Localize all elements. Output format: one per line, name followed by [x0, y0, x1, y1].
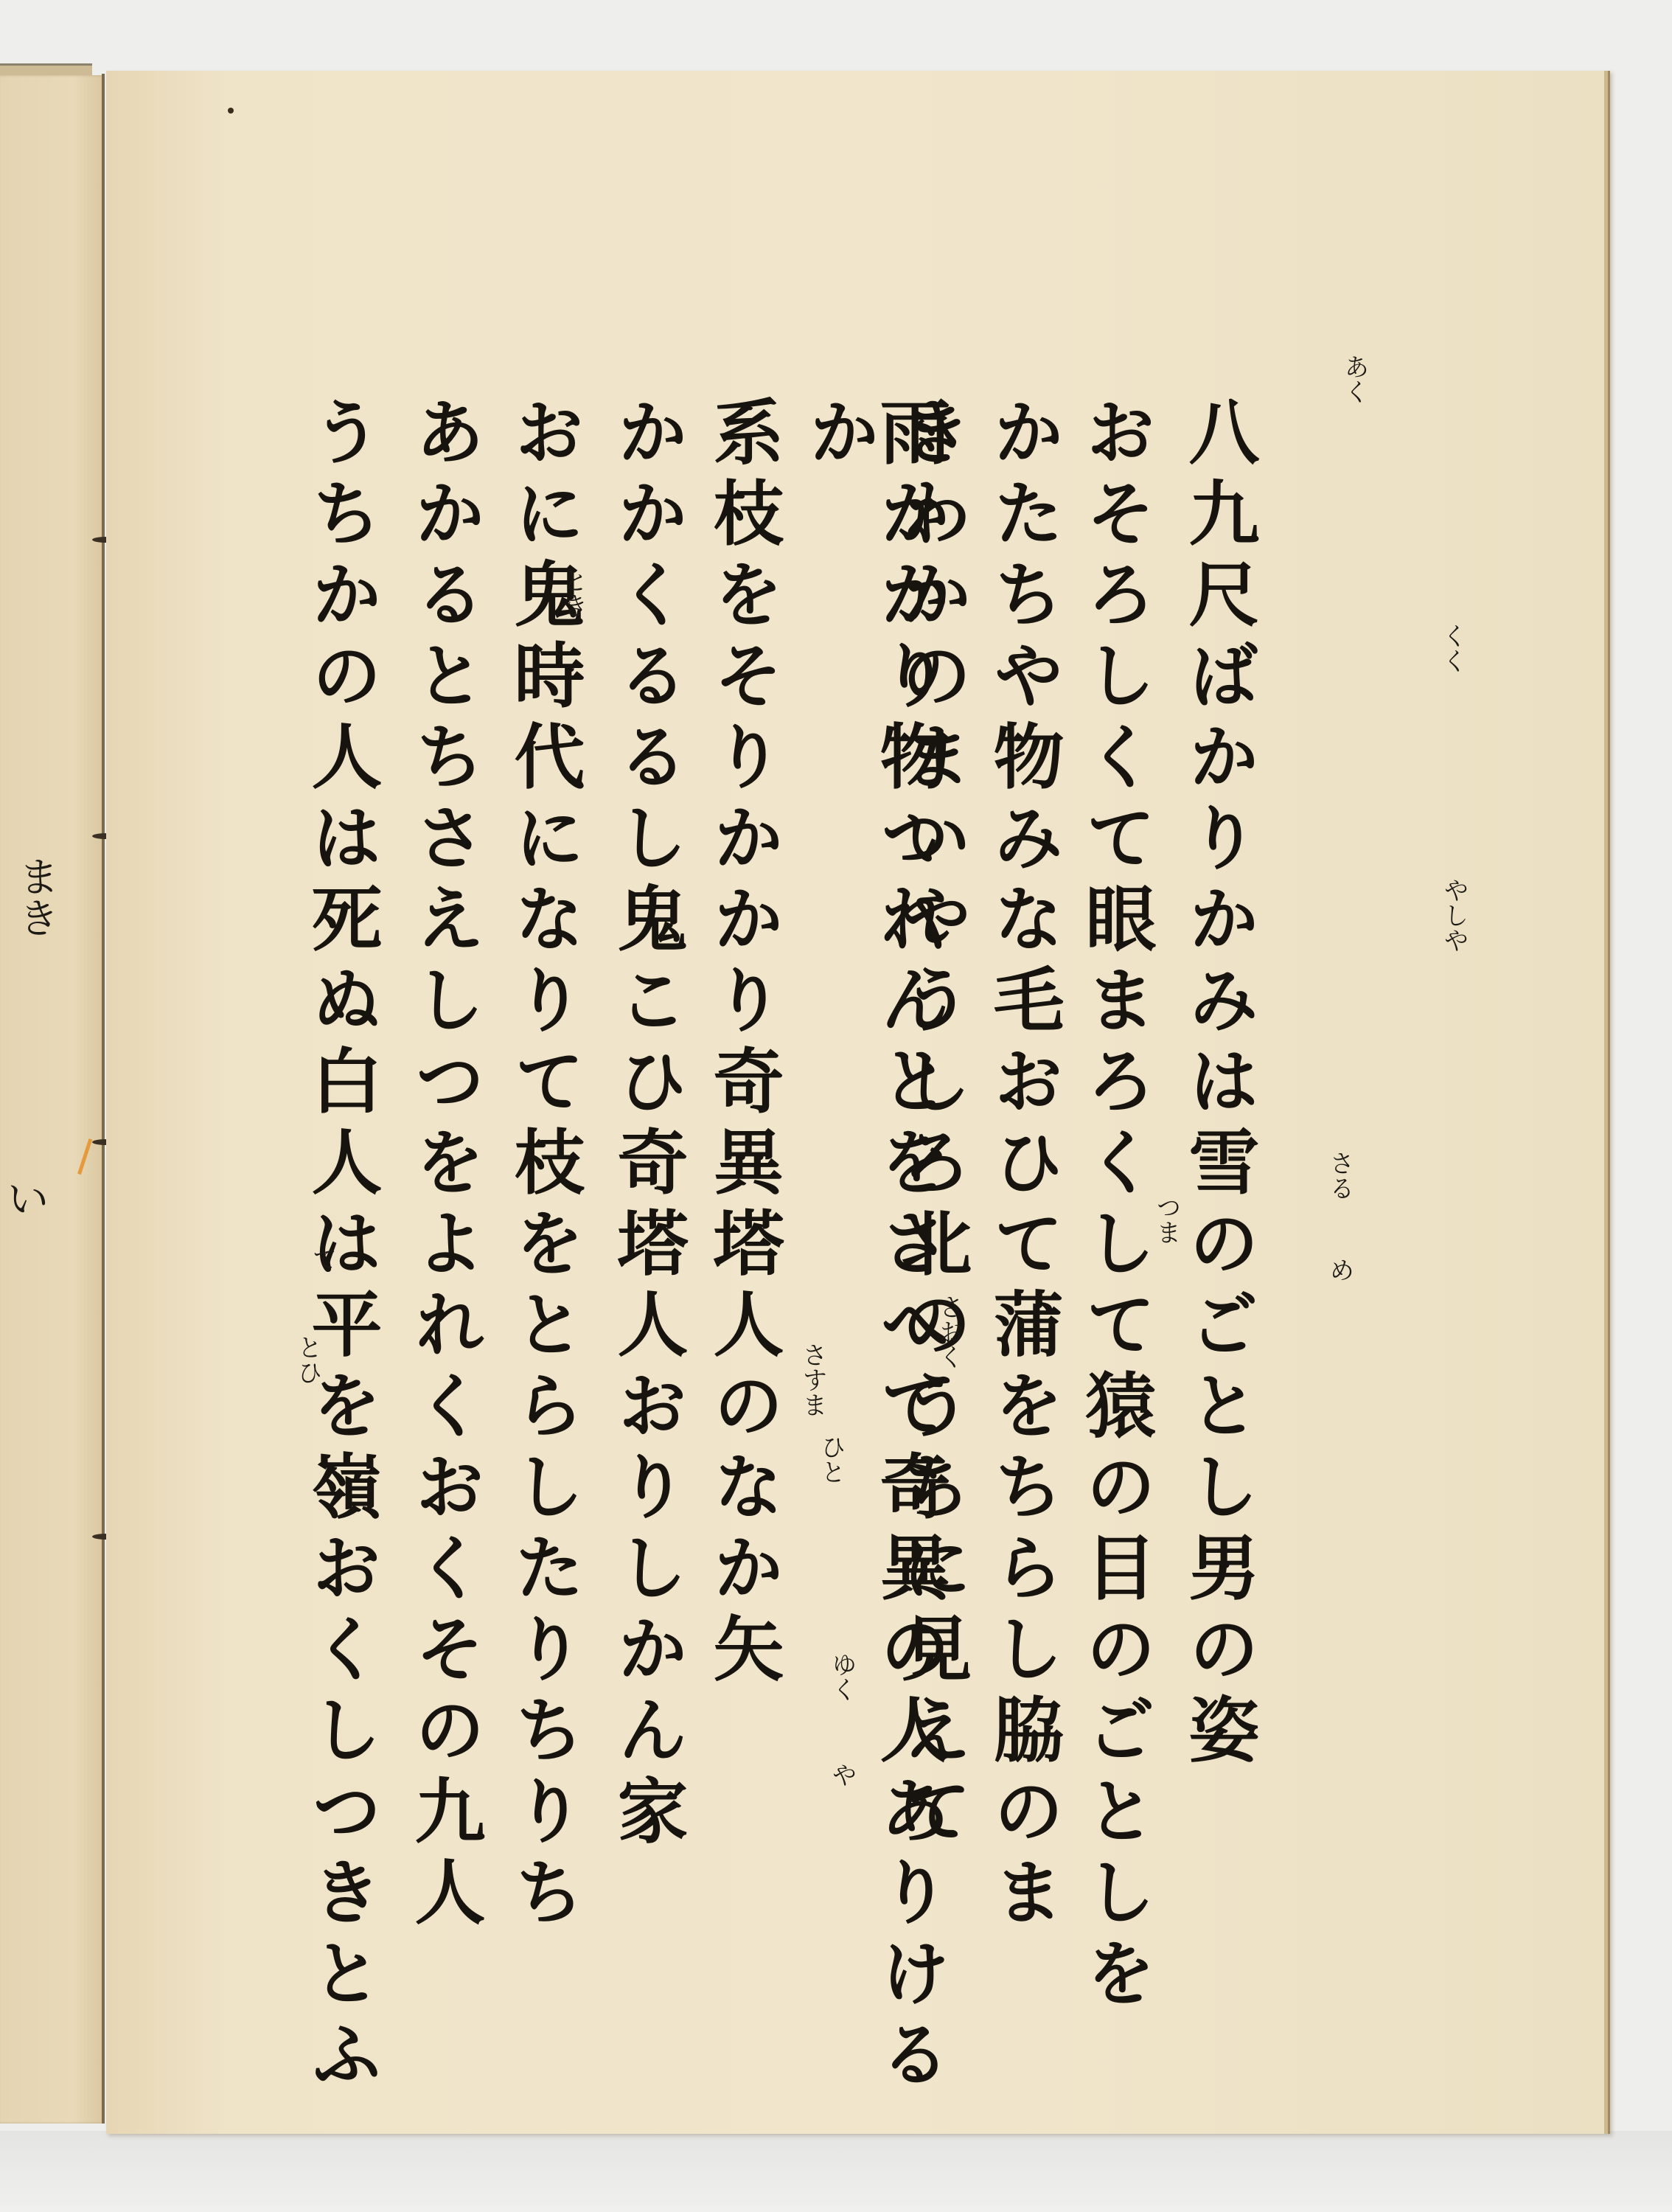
furigana: さすま: [800, 1342, 825, 1417]
furigana: やしや: [1441, 877, 1466, 953]
text-column: 雨かかり物つれんとをさへて奇異の人ありけるか: [804, 395, 945, 2134]
furigana: ひと: [818, 1434, 843, 1484]
furigana: とひ: [295, 1335, 320, 1385]
furigana: とき: [560, 568, 585, 618]
furigana: め: [1327, 1257, 1352, 1282]
furigana: つま: [1154, 1194, 1179, 1245]
furigana: あく: [1342, 354, 1367, 404]
text-column: おそろしくて眼まろくして猿の目のごとしを: [1080, 395, 1151, 2017]
text-column: かかくるるし鬼こひ奇塔人おりしかん家: [612, 395, 683, 1855]
text-column: 八九尺ばかりかみは雪のごとし男の姿: [1183, 395, 1254, 1774]
left-page: まき い: [0, 75, 105, 2124]
left-page-glyph: い: [7, 1180, 49, 1221]
background-surface: [0, 2131, 1672, 2212]
furigana: さおく: [936, 1294, 961, 1369]
text-column: 系枝をそりかかり奇異塔人のなか矢: [708, 395, 778, 1693]
gutter-fold: [102, 74, 105, 2124]
left-page-glyph: まき: [15, 855, 56, 938]
paper-fleck: [228, 108, 234, 114]
right-page: 八九尺ばかりかみは雪のごとし男の姿 おそろしくて眼まろくして猿の目のごとしを か…: [106, 71, 1610, 2134]
furigana: さる: [1327, 1150, 1352, 1200]
text-column: かたちや物みな毛おひて蒲をちらし脇のま: [988, 395, 1059, 1936]
furigana: て: [310, 1246, 335, 1271]
furigana: ゆく: [829, 1652, 854, 1702]
text-column: あかるとちさえしつをよれくおくその九人: [409, 395, 480, 1936]
furigana: くく: [1440, 623, 1465, 673]
text-column: おに鬼時代になりて枝をとらしたりちりち: [509, 395, 579, 1936]
furigana: や: [829, 1762, 854, 1787]
